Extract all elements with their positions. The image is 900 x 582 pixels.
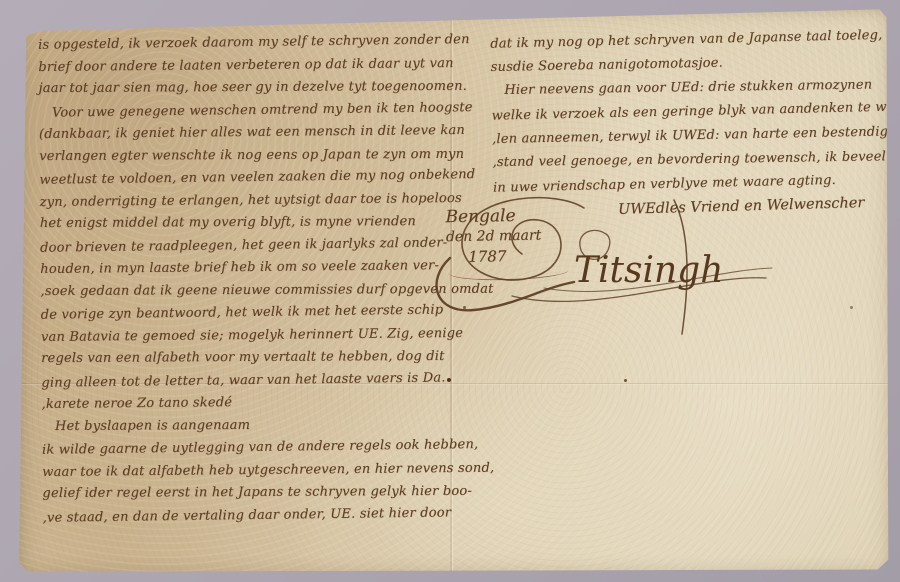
ink-speck (850, 306, 853, 309)
letter-line: gelief ider regel eerst in het Japans te… (42, 481, 474, 506)
letter-page: is opgesteld, ik verzoek daarom my self … (14, 6, 890, 574)
letter-line: ,ve staad, en dan de vertaling daar onde… (43, 502, 475, 530)
photograph-background: is opgesteld, ik verzoek daarom my self … (0, 0, 900, 582)
ink-speck (624, 379, 627, 382)
signature-flourish (437, 258, 575, 310)
letter-line: jaar tot jaar sien mag, hoe seer gy in d… (38, 76, 470, 101)
letter-line: het enigst middel dat my overig blyft, i… (40, 211, 472, 236)
letter-left-column: is opgesteld, ik verzoek daarom my self … (38, 30, 475, 529)
signature: Titsingh (416, 188, 800, 340)
letter-right-column: dat ik my nog op het schryven van de Jap… (490, 24, 889, 200)
signature-flourish (462, 198, 584, 280)
letter-line: regels van een alfabeth voor my vertaalt… (41, 346, 473, 371)
signature-name: Titsingh (574, 250, 723, 291)
